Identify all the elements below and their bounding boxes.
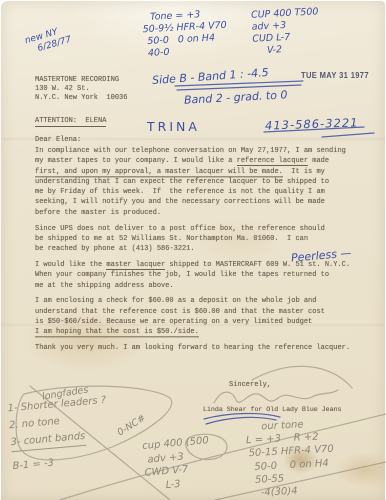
handwritten-tone-settings-note: Tone = +350-9½ HFR-4 V7050-0 0 on H440-0 xyxy=(142,8,228,60)
received-date-stamp: TUE MAY 31 1977 xyxy=(301,71,369,80)
text-segment: I would like the xyxy=(35,261,106,269)
text-line: I am hoping that the cost is $50./side. xyxy=(35,327,371,337)
recipient-address-block: MASTERTONE RECORDING130 W. 42 St.N.Y.C. … xyxy=(35,76,127,102)
text-segment: shipped to MASTERCRAFT 609 W. 51 st. N.Y… xyxy=(165,261,350,269)
handwritten-cup-settings-note: CUP 400 T500adv +3CUD L-7V-2 xyxy=(251,6,321,57)
text-segment: I am enclosing a check for $60.00 as a d… xyxy=(35,297,316,305)
paragraph: I would like the master lacquer shipped … xyxy=(35,260,371,291)
text-line: N.Y.C. New York 10036 xyxy=(35,94,127,103)
attention-line: ATTENTION: ELENA xyxy=(35,117,106,125)
text-segment: me by Friday of this week. If the refere… xyxy=(35,188,325,196)
text-segment: It is my xyxy=(283,168,325,176)
handwritten-cup-note-bottom: cup 400 (500adv +3CWD V-7L-3 xyxy=(142,434,213,494)
text-line: me at the shipping address above. xyxy=(35,281,371,291)
text-line: is $50-$60/side. Because we are operatin… xyxy=(35,317,371,327)
paragraph: I am enclosing a check for $60.00 as a d… xyxy=(35,296,371,337)
text-segment: In compliance with our telephone convers… xyxy=(35,147,346,155)
closing-line: Sincerely, xyxy=(229,381,271,389)
salutation: Dear Elena: xyxy=(35,136,81,144)
text-segment: Thank you very much. I am looking forwar… xyxy=(35,344,350,352)
paragraph: Thank you very much. I am looking forwar… xyxy=(35,343,371,353)
text-segment: me at the shipping address above. xyxy=(35,282,174,290)
handwritten-tone-note-bottom: our toneL = +3 R +250-15 HFR-4 V7050-0 0… xyxy=(245,417,336,500)
text-line: understanding that I can expect the refe… xyxy=(35,177,371,187)
text-segment: understand that the reference cost is $6… xyxy=(35,308,325,316)
text-segment: before the master is produced. xyxy=(35,209,161,217)
scanned-letter-page: new NY6/28/77 Tone = +350-9½ HFR-4 V7050… xyxy=(0,0,386,500)
text-line: my master tapes to your company. I would… xyxy=(35,156,371,166)
text-line: before the master is produced. xyxy=(35,208,371,218)
paragraph: In compliance with our telephone convers… xyxy=(35,146,371,218)
text-segment: is $50-$60/side. Because we are operatin… xyxy=(35,318,312,326)
text-segment: When your company finishes the job, I wo… xyxy=(35,271,329,279)
text-line: seeking, I will notify you and the neces… xyxy=(35,197,371,207)
text-line: me by Friday of this week. If the refere… xyxy=(35,187,371,197)
text-line: When your company finishes the job, I wo… xyxy=(35,270,371,280)
text-line: Since UPS does not deliver to a post off… xyxy=(35,224,371,234)
text-segment: reference lacquer xyxy=(237,157,308,166)
text-segment: Since UPS does not deliver to a post off… xyxy=(35,225,325,233)
text-line: In compliance with our telephone convers… xyxy=(35,146,371,156)
text-line: be shipped to me at 52 Williams St. Nort… xyxy=(35,234,371,244)
text-segment: made xyxy=(308,157,329,165)
text-segment: be reached by phone at (413) 586-3221. xyxy=(35,245,195,253)
text-segment: master lacquer xyxy=(106,261,165,270)
text-segment: I am hoping that the cost is $50./side. xyxy=(35,328,199,336)
attention-text: ATTENTION: ELENA xyxy=(35,117,106,127)
typed-signature-name: Linda Shear for Old Lady Blue Jeans xyxy=(203,406,342,413)
text-segment: understanding that I can expect the refe… xyxy=(35,178,329,186)
text-line: understand that the reference cost is $6… xyxy=(35,307,371,317)
text-line: Thank you very much. I am looking forwar… xyxy=(35,343,371,353)
handwritten-checklist: 1- Shorter leaders ?2. no tone3- count b… xyxy=(7,392,112,475)
text-line: I am enclosing a check for $60.00 as a d… xyxy=(35,296,371,306)
text-line: 130 W. 42 St. xyxy=(35,85,127,94)
text-line: first, and upon my approval, a master la… xyxy=(35,167,371,177)
text-segment: be shipped to me at 52 Williams St. Nort… xyxy=(35,235,308,243)
text-segment: my master tapes to your company. I would… xyxy=(35,157,237,165)
handwritten-name-trina: TRINA xyxy=(147,119,200,134)
text-line: MASTERTONE RECORDING xyxy=(35,76,127,85)
text-segment: first, and upon my approval, a master la… xyxy=(35,168,283,176)
text-segment: seeking, I will notify you and the neces… xyxy=(35,198,325,206)
